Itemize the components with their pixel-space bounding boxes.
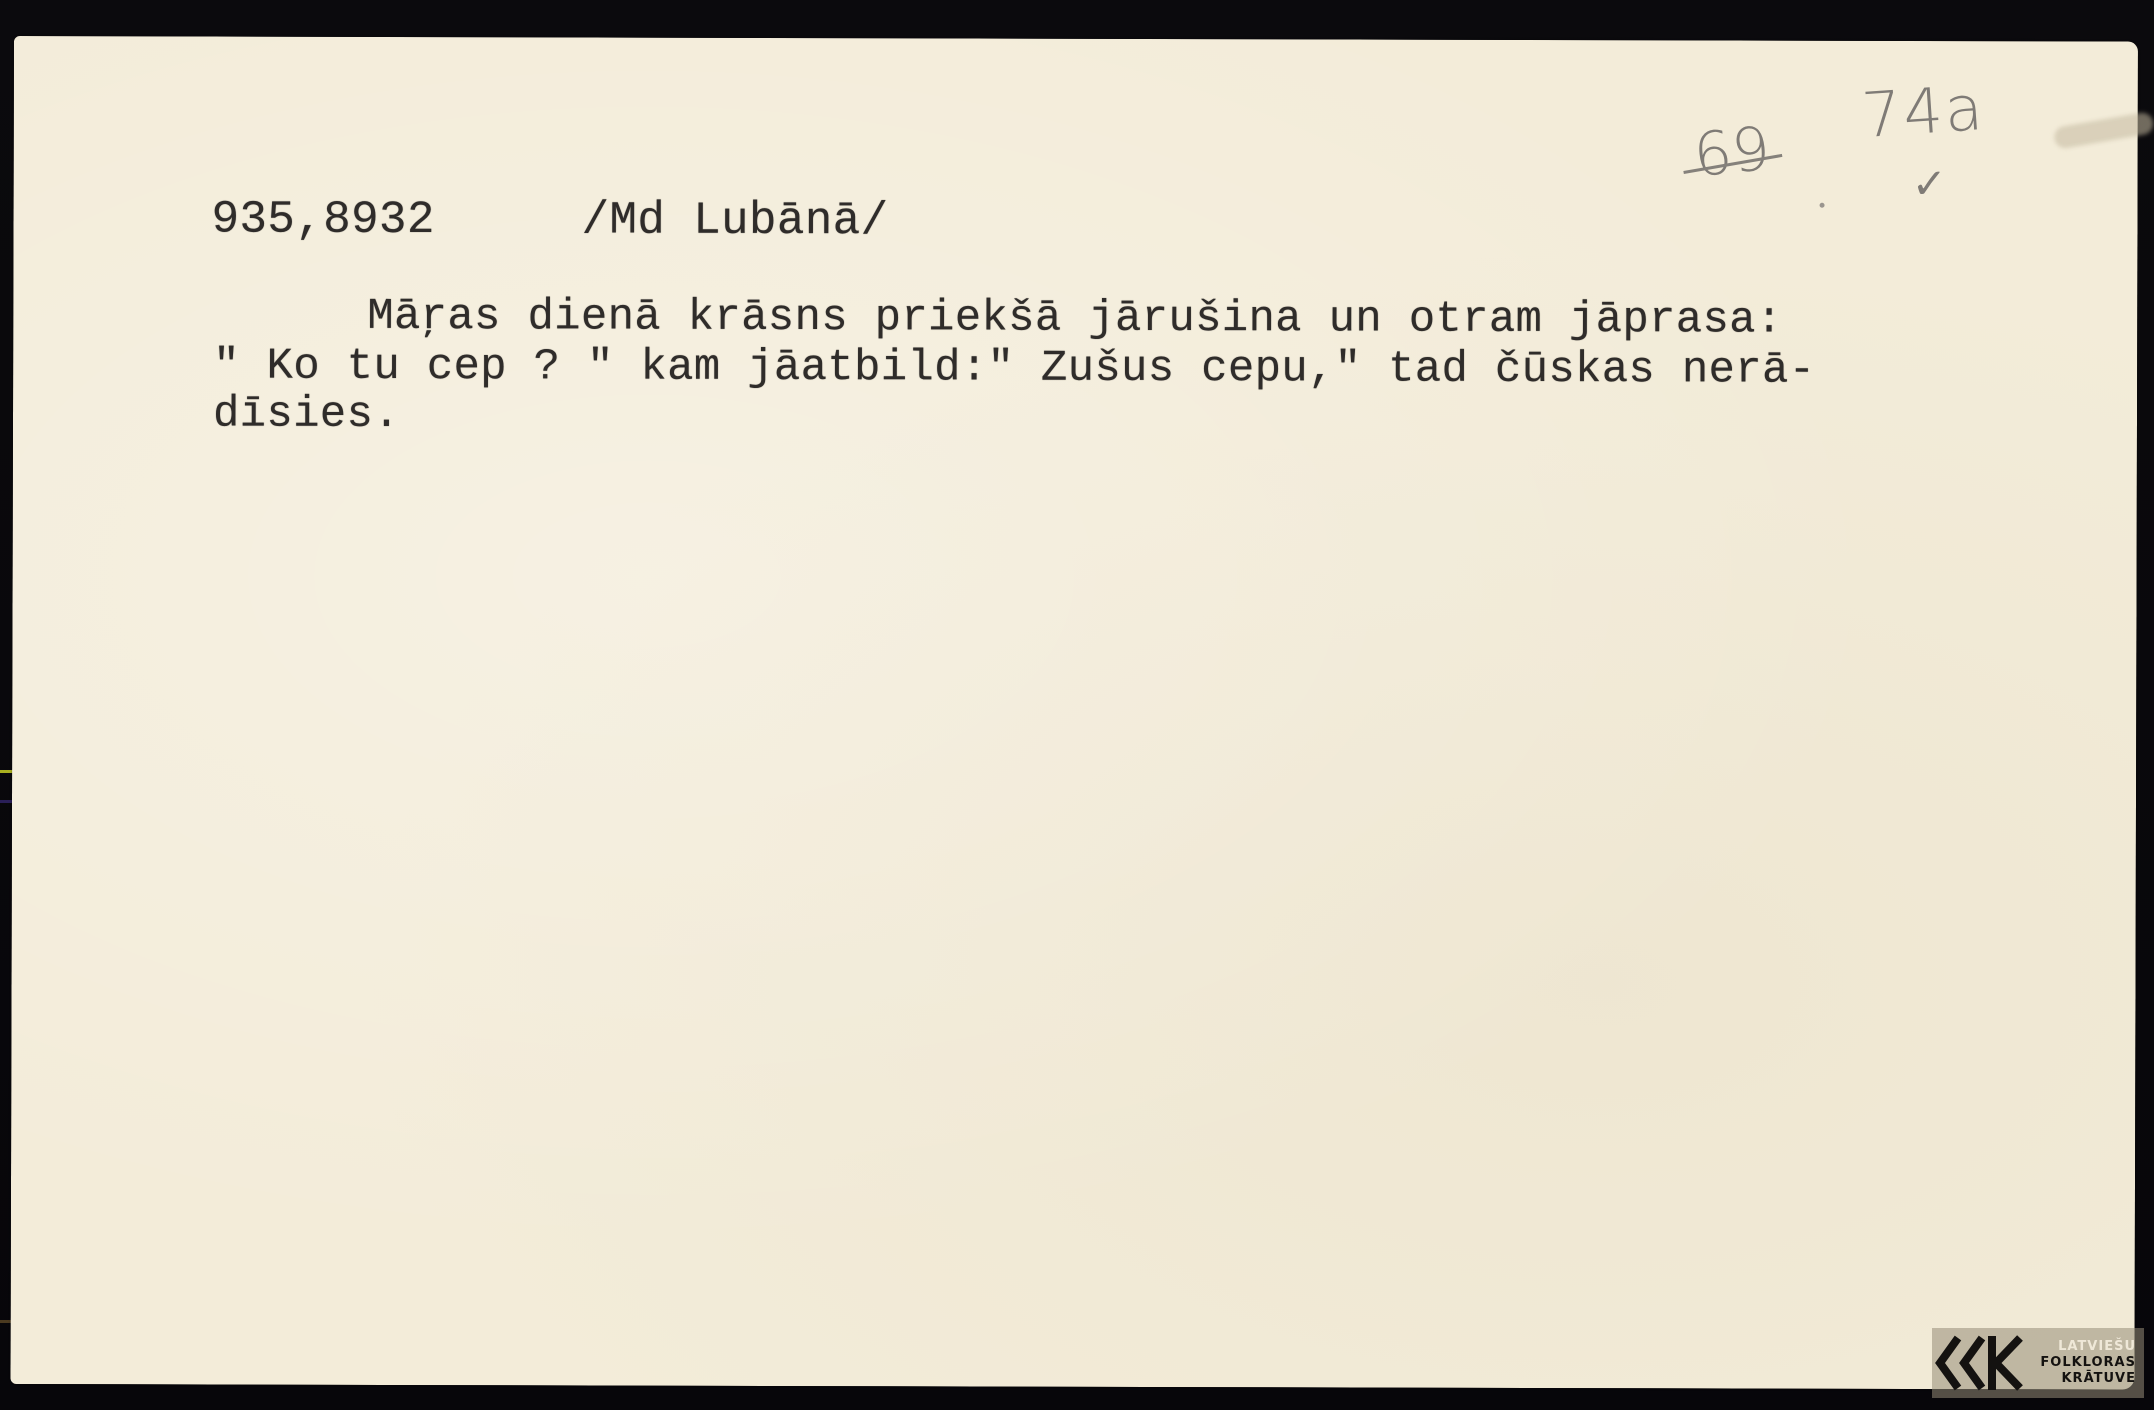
location-label: /Md Lubānā/ [581, 197, 888, 244]
lfk-logo-icon [1932, 1328, 2028, 1398]
watermark-line-2: FOLKLORAS [2028, 1355, 2136, 1371]
watermark-text: LATVIEŠU FOLKLORAS KRĀTUVE [2028, 1339, 2144, 1387]
reference-number: 935,8932 [211, 197, 434, 244]
pencil-dot [1820, 203, 1825, 208]
paper-smudge [2053, 111, 2154, 150]
watermark-line-3: KRĀTUVE [2028, 1371, 2136, 1387]
struck-pencil-number: 69 [1691, 119, 1773, 186]
check-mark-icon: ✓ [1912, 163, 1947, 205]
watermark-line-1: LATVIEŠU [2028, 1339, 2136, 1355]
scanned-archive-card: 935,8932 /Md Lubānā/ Māŗas dienā krāsns … [0, 0, 2154, 1410]
text-line-2: " Ko tu cep ? " kam jāatbild:" Zušus cep… [213, 345, 1815, 393]
catalog-pencil-number: 74a [1860, 77, 1987, 147]
archive-watermark-logo: LATVIEŠU FOLKLORAS KRĀTUVE [1932, 1328, 2144, 1398]
index-card: 935,8932 /Md Lubānā/ Māŗas dienā krāsns … [10, 36, 2138, 1390]
text-line-3: dīsies. [213, 393, 400, 437]
text-line-1: Māŗas dienā krāsns priekšā jārušina un o… [367, 295, 1782, 343]
